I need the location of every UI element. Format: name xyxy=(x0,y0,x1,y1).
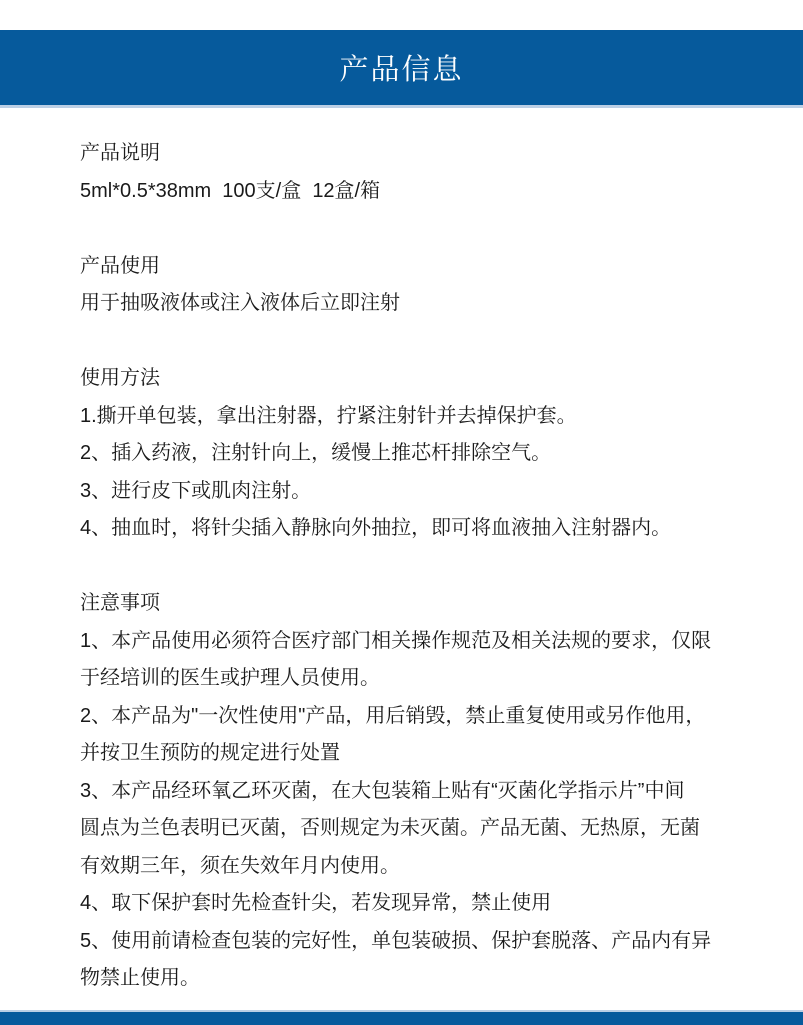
spec-line: 5ml*0.5*38mm 100支/盒 12盒/箱 xyxy=(80,173,733,211)
page-header-bar: 产品信息 xyxy=(0,30,803,108)
precaution-line: 并按卫生预防的规定进行处置 xyxy=(80,735,733,773)
precaution-line: 4、取下保护套时先检查针尖，若发现异常，禁止使用 xyxy=(80,885,733,923)
precaution-line: 5、使用前请检查包装的完好性，单包装破损、保护套脱落、产品内有异 xyxy=(80,923,733,961)
precaution-line: 2、本产品为"一次性使用"产品，用后销毁，禁止重复使用或另作他用， xyxy=(80,698,733,736)
precaution-line: 于经培训的医生或护理人员使用。 xyxy=(80,660,733,698)
section-product-description: 产品说明 5ml*0.5*38mm 100支/盒 12盒/箱 xyxy=(80,135,733,210)
precaution-line: 圆点为兰色表明已灭菌，否则规定为未灭菌。产品无菌、无热原，无菌 xyxy=(80,810,733,848)
usage-step: 3、进行皮下或肌肉注射。 xyxy=(80,473,733,511)
section-product-use: 产品使用 用于抽吸液体或注入液体后立即注射 xyxy=(80,248,733,323)
page-title: 产品信息 xyxy=(339,47,463,88)
usage-step: 4、抽血时，将针尖插入静脉向外抽拉，即可将血液抽入注射器内。 xyxy=(80,510,733,548)
content-area: 产品说明 5ml*0.5*38mm 100支/盒 12盒/箱 产品使用 用于抽吸… xyxy=(0,108,803,998)
section-usage-method: 使用方法 1.撕开单包装，拿出注射器，拧紧注射针并去掉保护套。 2、插入药液，注… xyxy=(80,360,733,548)
usage-step: 1.撕开单包装，拿出注射器，拧紧注射针并去掉保护套。 xyxy=(80,398,733,436)
precaution-line: 有效期三年，须在失效年月内使用。 xyxy=(80,848,733,886)
precaution-line: 3、本产品经环氧乙环灭菌，在大包装箱上贴有“灭菌化学指示片”中间 xyxy=(80,773,733,811)
footer-bar xyxy=(0,1010,803,1025)
section-heading: 注意事项 xyxy=(80,585,733,623)
precaution-line: 物禁止使用。 xyxy=(80,960,733,998)
usage-step: 2、插入药液，注射针向上，缓慢上推芯杆排除空气。 xyxy=(80,435,733,473)
text-line: 用于抽吸液体或注入液体后立即注射 xyxy=(80,285,733,323)
section-precautions: 注意事项 1、本产品使用必须符合医疗部门相关操作规范及相关法规的要求，仅限 于经… xyxy=(80,585,733,998)
section-heading: 使用方法 xyxy=(80,360,733,398)
section-heading: 产品说明 xyxy=(80,135,733,173)
section-heading: 产品使用 xyxy=(80,248,733,286)
precaution-line: 1、本产品使用必须符合医疗部门相关操作规范及相关法规的要求，仅限 xyxy=(80,623,733,661)
